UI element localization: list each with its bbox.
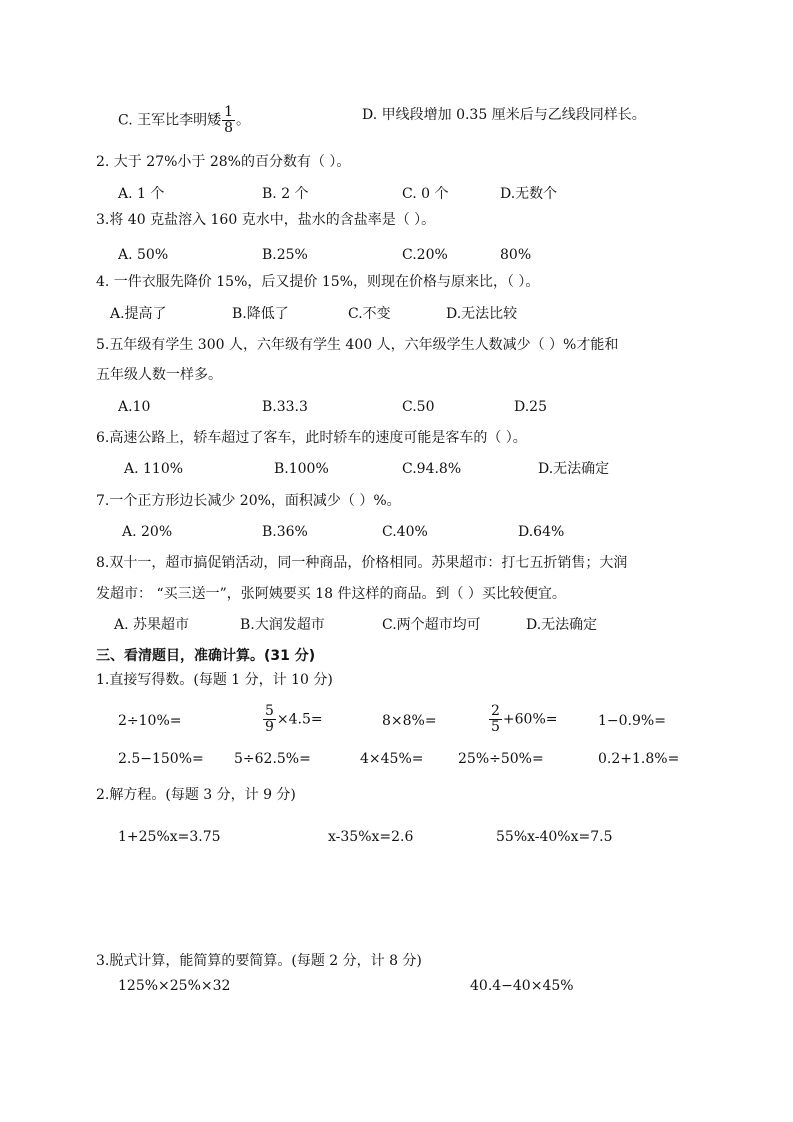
numerator: 2 [489, 704, 502, 720]
calc-text: ×4.5= [277, 712, 323, 728]
q2-option-d: D.无数个 [500, 185, 557, 203]
q3-option-b: B.25% [262, 246, 308, 264]
calc-item: 5÷62.5%= [234, 750, 311, 768]
numerator: 1 [222, 105, 235, 121]
q7-option-c: C.40% [382, 523, 428, 541]
q5-option-d: D.25 [514, 398, 547, 416]
option-suffix: 。 [236, 113, 250, 129]
question-8-stem-cont: 发超市： “买三送一”，张阿姨要买 18 件这样的商品。到（ ）买比较便宜。 [96, 585, 566, 603]
q4-option-a: A.提高了 [110, 305, 167, 323]
calc-item: 59×4.5= [262, 704, 323, 735]
calc-item: 2÷10%= [118, 712, 182, 730]
q8-option-d: D.无法确定 [526, 616, 597, 634]
calc-text: +60%= [503, 712, 558, 728]
part-3-title: 3.脱式计算，能简算的要简算。(每题 2 分，计 8 分) [96, 952, 422, 970]
q2-option-a: A. 1 个 [118, 185, 164, 203]
calc-expression: 40.4−40×45% [470, 977, 574, 995]
q3-option-c: C.20% [402, 246, 448, 264]
q1-option-c: C. 王军比李明矮18。 [118, 105, 250, 136]
question-6-stem: 6.高速公路上，轿车超过了客车，此时轿车的速度可能是客车的（ ）。 [96, 429, 527, 447]
q2-option-b: B. 2 个 [262, 185, 309, 203]
q8-option-a: A. 苏果超市 [114, 616, 189, 634]
calc-item: 2.5−150%= [118, 750, 204, 768]
part-2-title: 2.解方程。(每题 3 分，计 9 分) [96, 786, 296, 804]
q6-option-a: A. 110% [124, 460, 183, 478]
fraction: 18 [222, 105, 235, 136]
section-3-title: 三、看清题目，准确计算。(31 分) [96, 647, 315, 665]
denominator: 9 [263, 720, 276, 735]
calc-item: 25%÷50%= [458, 750, 544, 768]
calc-item: 4×45%= [360, 750, 424, 768]
q2-option-c: C. 0 个 [402, 185, 448, 203]
q8-option-b: B.大润发超市 [240, 616, 325, 634]
q4-option-d: D.无法比较 [446, 305, 517, 323]
fraction: 25 [489, 704, 502, 735]
q3-option-a: A. 50% [118, 246, 168, 264]
q6-option-b: B.100% [274, 460, 329, 478]
q3-option-d: 80% [500, 246, 531, 264]
fraction: 59 [263, 704, 276, 735]
numerator: 5 [263, 704, 276, 720]
calc-item: 1−0.9%= [598, 712, 666, 730]
q5-option-c: C.50 [402, 398, 434, 416]
q8-option-c: C.两个超市均可 [382, 616, 481, 634]
question-4-stem: 4. 一件衣服先降价 15%，后又提价 15%，则现在价格与原来比，（ ）。 [96, 273, 539, 291]
equation: 55%x-40%x=7.5 [496, 828, 613, 846]
calc-item: 8×8%= [382, 712, 437, 730]
equation: 1+25%x=3.75 [118, 828, 221, 846]
calc-item: 25+60%= [488, 704, 558, 735]
calc-expression: 125%×25%×32 [118, 977, 230, 995]
part-1-title: 1.直接写得数。(每题 1 分，计 10 分) [96, 671, 333, 689]
q4-option-b: B.降低了 [232, 305, 289, 323]
denominator: 8 [222, 121, 235, 136]
question-2-stem: 2. 大于 27%小于 28%的百分数有（ ）。 [96, 153, 350, 171]
q7-option-d: D.64% [518, 523, 564, 541]
option-text: C. 王军比李明矮 [118, 113, 221, 129]
q7-option-b: B.36% [262, 523, 308, 541]
q7-option-a: A. 20% [122, 523, 172, 541]
denominator: 5 [489, 720, 502, 735]
question-3-stem: 3.将 40 克盐溶入 160 克水中，盐水的含盐率是（ ）。 [96, 211, 435, 229]
calc-item: 0.2+1.8%= [598, 750, 679, 768]
q6-option-c: C.94.8% [402, 460, 461, 478]
q6-option-d: D.无法确定 [538, 460, 609, 478]
equation: x-35%x=2.6 [328, 828, 413, 846]
question-8-stem: 8.双十一，超市搞促销活动，同一种商品，价格相同。苏果超市：打七五折销售；大润 [96, 554, 627, 572]
question-5-stem-cont: 五年级人数一样多。 [96, 366, 222, 384]
q1-option-d: D. 甲线段增加 0.35 厘米后与乙线段同样长。 [362, 106, 646, 124]
q5-option-a: A.10 [118, 398, 150, 416]
q5-option-b: B.33.3 [262, 398, 308, 416]
question-5-stem: 5.五年级有学生 300 人，六年级有学生 400 人，六年级学生人数减少（ ）… [96, 336, 618, 354]
q4-option-c: C.不变 [348, 305, 391, 323]
question-7-stem: 7.一个正方形边长减少 20%，面积减少（ ）%。 [96, 492, 401, 510]
